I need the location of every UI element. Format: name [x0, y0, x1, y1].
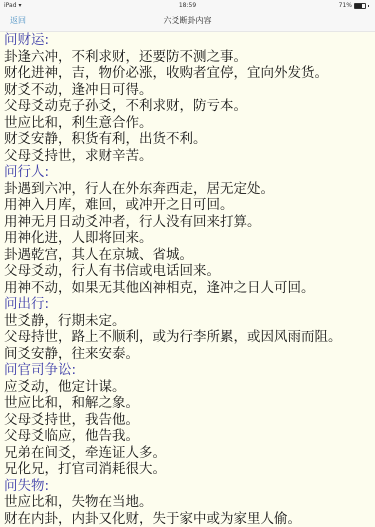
text-line: 间爻安静，往来安泰。	[4, 346, 372, 363]
text-line: 卦逢六冲，不利求财，还要防不测之事。	[4, 49, 372, 66]
text-line: 卦遇到六冲，行人在外东奔西走，居无定处。	[4, 181, 372, 198]
status-time: 18:59	[0, 2, 375, 9]
text-line: 用神化进，人即将回来。	[4, 230, 372, 247]
status-bar: iPad ▾ 18:59 71%	[0, 0, 375, 10]
text-line: 父母持世，路上不顺利，或为行李所累，或因风雨而阻。	[4, 329, 372, 346]
section-heading-wealth: 问财运:	[4, 32, 372, 49]
text-line: 兄化兄，打官司消耗很大。	[4, 461, 372, 478]
section-heading-traveler: 问行人:	[4, 164, 372, 181]
text-line: 财化进神，吉，物价必涨，收购者宜停，宜向外发货。	[4, 65, 372, 82]
text-line: 卦遇乾宫，其人在京城、省城。	[4, 247, 372, 264]
text-line: 财爻不动，逢冲日可得。	[4, 82, 372, 99]
text-line: 用神入月库，难回，或冲开之日可回。	[4, 197, 372, 214]
text-line: 世爻静，行期未定。	[4, 313, 372, 330]
text-line: 父母爻动，行人有书信或电话回来。	[4, 263, 372, 280]
text-line: 兄弟在间爻，牵连证人多。	[4, 445, 372, 462]
text-line: 父母爻动克子孙爻，不利求财，防亏本。	[4, 98, 372, 115]
battery-icon	[354, 3, 366, 9]
text-line: 财爻安静，积货有利，出货不利。	[4, 131, 372, 148]
text-line: 应爻动，他定计谋。	[4, 379, 372, 396]
battery-tip	[368, 5, 369, 7]
text-line: 父母爻临应，他告我。	[4, 428, 372, 445]
text-line: 世应比和，利生意合作。	[4, 115, 372, 132]
text-line: 父母爻持世，我告他。	[4, 412, 372, 429]
text-line: 用神无月日动爻冲者，行人没有回来打算。	[4, 214, 372, 231]
text-line: 父母爻持世，求财辛苦。	[4, 148, 372, 165]
page-title: 六爻断卦内容	[0, 15, 375, 26]
section-heading-travel: 问出行:	[4, 296, 372, 313]
section-heading-lawsuit: 问官司争讼:	[4, 362, 372, 379]
section-heading-lost-items: 问失物:	[4, 478, 372, 495]
text-line: 用神不动，如果无其他凶神相克，逢冲之日人可回。	[4, 280, 372, 297]
status-battery: 71%	[339, 2, 369, 9]
battery-percent: 71%	[339, 2, 352, 9]
text-line: 世应比和，失物在当地。	[4, 494, 372, 500]
content-body[interactable]: 问财运: 卦逢六冲，不利求财，还要防不测之事。 财化进神，吉，物价必涨，收购者宜…	[4, 32, 372, 500]
navigation-bar: 返回 六爻断卦内容	[0, 10, 375, 32]
text-line: 世应比和，和解之象。	[4, 395, 372, 412]
